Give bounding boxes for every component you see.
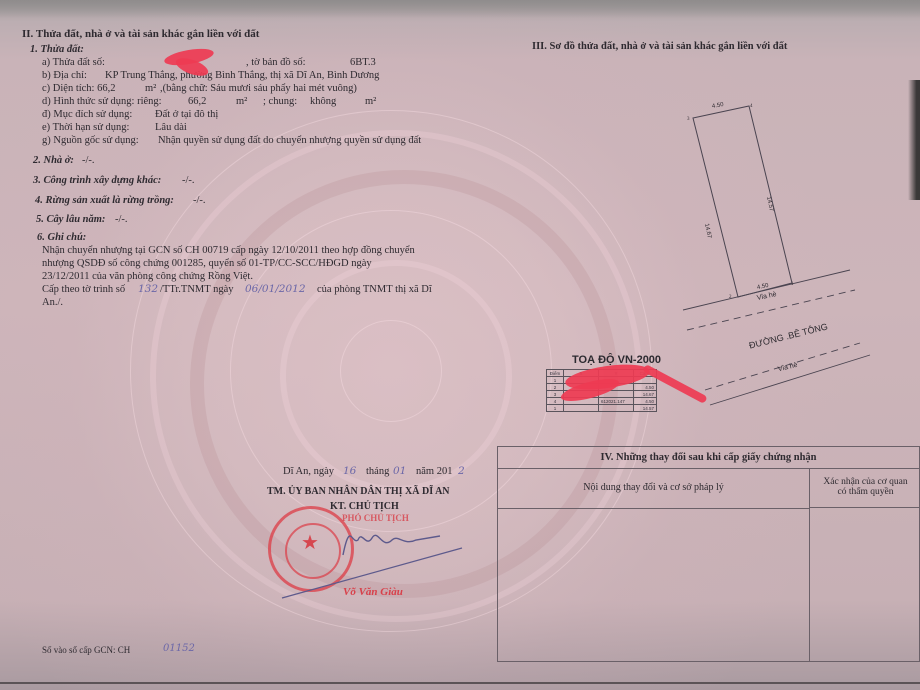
signer-name: Võ Văn Giàu xyxy=(343,586,403,598)
registry-label: Số vào sổ cấp GCN: CH xyxy=(42,644,130,656)
page-bottom-edge xyxy=(0,682,920,684)
registry-number: 01152 xyxy=(163,643,195,655)
certificate-page: II. Thửa đất, nhà ở và tài sản khác gắn … xyxy=(0,0,920,690)
signature-scribble xyxy=(0,0,920,690)
